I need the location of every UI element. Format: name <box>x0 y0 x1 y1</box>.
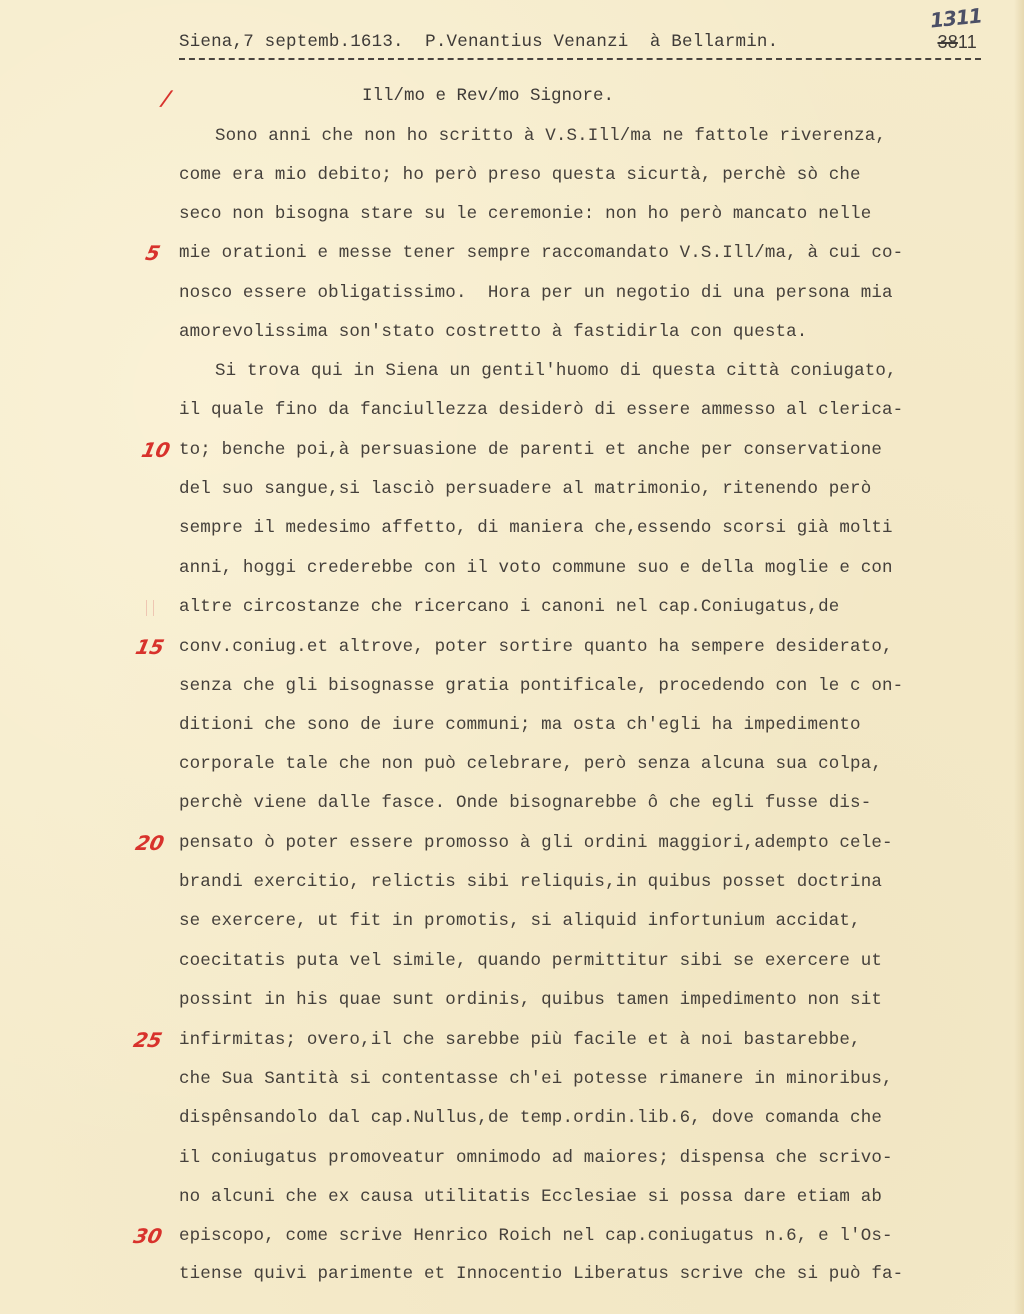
body-line-19: pensato ò poter essere promosso à gli or… <box>179 832 893 854</box>
body-line-17: corporale tale che non può celebrare, pe… <box>179 753 882 775</box>
body-line-2: come era mio debito; ho però preso quest… <box>179 164 861 186</box>
body-line-1: Sono anni che non ho scritto à V.S.Ill/m… <box>215 125 886 147</box>
body-line-21: se exercere, ut fit in promotis, si aliq… <box>179 910 861 932</box>
body-line-9: to; benche poi,à persuasione de parenti … <box>179 439 882 461</box>
body-line-20: brandi exercitio, relictis sibi reliquis… <box>179 871 882 893</box>
body-line-23: possint in his quae sunt ordinis, quibus… <box>179 989 882 1011</box>
faint-margin-mark <box>146 600 154 616</box>
page-number-struck: 38 <box>937 32 957 52</box>
body-line-24: infirmitas; overo,il che sarebbe più fac… <box>179 1029 861 1051</box>
body-line-4: mie orationi e messe tener sempre raccom… <box>179 242 903 264</box>
margin-line-number-25: 25 <box>131 1028 164 1052</box>
body-line-5: nosco essere obligatissimo. Hora per un … <box>179 282 893 304</box>
margin-line-number-5: 5 <box>143 241 162 265</box>
body-line-30: tiense quivi parimente et Innocentio Lib… <box>179 1263 903 1285</box>
handwritten-page-number: 1311 <box>929 3 983 32</box>
body-line-7: Si trova qui in Siena un gentil'huomo di… <box>215 360 897 382</box>
margin-line-number-30: 30 <box>131 1224 164 1248</box>
body-line-18: perchè viene dalle fasce. Onde bisognare… <box>179 792 871 814</box>
body-line-28: no alcuni che ex causa utilitatis Eccles… <box>179 1186 882 1208</box>
page-edge-shadow <box>1014 0 1024 1314</box>
body-line-26: dispênsandolo dal cap.Nullus,de temp.ord… <box>179 1107 882 1129</box>
page-number-value: 11 <box>958 32 977 52</box>
body-line-3: seco non bisogna stare su le ceremonie: … <box>179 203 871 225</box>
body-line-25: che Sua Santità si contentasse ch'ei pot… <box>179 1068 893 1090</box>
body-line-10: del suo sangue,si lasciò persuadere al m… <box>179 478 871 500</box>
body-line-8: il quale fino da fanciullezza desiderò d… <box>179 399 903 421</box>
body-line-6: amorevolissima son'stato costretto à fas… <box>179 321 807 343</box>
header-divider <box>179 58 981 60</box>
margin-line-number-10: 10 <box>139 438 172 462</box>
body-line-29: episcopo, come scrive Henrico Roich nel … <box>179 1225 893 1247</box>
document-page: Siena,7 septemb.1613. P.Venantius Venanz… <box>0 0 1024 1314</box>
body-line-11: sempre il medesimo affetto, di maniera c… <box>179 517 893 539</box>
body-line-16: ditioni che sono de iure communi; ma ost… <box>179 714 861 736</box>
body-line-13: altre circostanze che ricercano i canoni… <box>179 596 839 618</box>
page-number-typed: 3811 <box>937 32 977 53</box>
document-header: Siena,7 septemb.1613. P.Venantius Venanz… <box>179 32 981 56</box>
margin-mark-1: / <box>160 86 172 110</box>
margin-line-number-20: 20 <box>133 831 166 855</box>
body-line-12: anni, hoggi crederebbe con il voto commu… <box>179 557 893 579</box>
body-line-22: coecitatis puta vel simile, quando permi… <box>179 950 882 972</box>
salutation: Ill/mo e Rev/mo Signore. <box>362 86 614 106</box>
body-line-27: il coniugatus promoveatur omnimodo ad ma… <box>179 1147 893 1169</box>
body-line-14: conv.coniug.et altrove, poter sortire qu… <box>179 636 893 658</box>
header-title: Siena,7 septemb.1613. P.Venantius Venanz… <box>179 32 778 52</box>
body-line-15: senza che gli bisognasse gratia pontific… <box>179 675 903 697</box>
margin-line-number-15: 15 <box>133 635 166 659</box>
